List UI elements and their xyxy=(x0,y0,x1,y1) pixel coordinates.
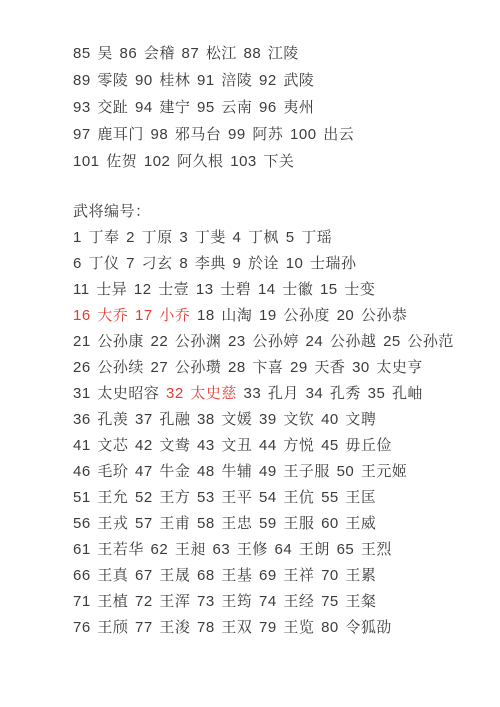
city-line: 85 吴 86 会稽 87 松江 88 江陵 xyxy=(73,40,460,67)
general-entries: 1 丁奉 2 丁原 3 丁斐 4 丁枫 5 丁瑶 xyxy=(73,229,332,246)
general-entries: 66 王真 67 王晟 68 王基 69 王祥 70 王累 xyxy=(73,567,376,584)
general-line: 31 太史昭容 32 太史慈 33 孔月 34 孔秀 35 孔岫 xyxy=(73,381,460,407)
general-entries: 51 王允 52 王方 53 王平 54 王伉 55 王匡 xyxy=(73,489,376,506)
general-entries-highlighted: 16 大乔 17 小乔 xyxy=(73,307,190,324)
general-line: 71 王植 72 王浑 73 王筠 74 王经 75 王粲 xyxy=(73,589,460,615)
general-line: 56 王戎 57 王甫 58 王忠 59 王服 60 王威 xyxy=(73,511,460,537)
general-entries: 41 文芯 42 文鸯 43 文丑 44 方悦 45 毋丘俭 xyxy=(73,437,392,454)
general-entries: 26 公孙续 27 公孙瓒 28 卞喜 29 天香 30 太史亨 xyxy=(73,359,423,376)
general-entries: 76 王颀 77 王浚 78 王双 79 王览 80 令狐劭 xyxy=(73,619,392,636)
city-entries: 93 交趾 94 建宁 95 云南 96 夷州 xyxy=(73,99,314,116)
city-list-section: 85 吴 86 会稽 87 松江 88 江陵 89 零陵 90 桂林 91 涪陵… xyxy=(73,40,460,175)
general-line: 76 王颀 77 王浚 78 王双 79 王览 80 令狐劭 xyxy=(73,615,460,641)
general-line: 1 丁奉 2 丁原 3 丁斐 4 丁枫 5 丁瑶 xyxy=(73,225,460,251)
general-entries: 11 士异 12 士壹 13 士碧 14 士徽 15 士变 xyxy=(73,281,375,298)
general-line: 6 丁仪 7 刁玄 8 李典 9 於诠 10 士瑞孙 xyxy=(73,251,460,277)
general-line: 41 文芯 42 文鸯 43 文丑 44 方悦 45 毋丘俭 xyxy=(73,433,460,459)
general-entries: 18 山淘 19 公孙度 20 公孙恭 xyxy=(190,307,407,324)
general-line: 21 公孙康 22 公孙渊 23 公孙婷 24 公孙越 25 公孙范 xyxy=(73,329,460,355)
city-entries: 85 吴 86 会稽 87 松江 88 江陵 xyxy=(73,45,299,62)
general-entries: 33 孔月 34 孔秀 35 孔岫 xyxy=(237,385,423,402)
general-line: 36 孔羡 37 孔融 38 文媛 39 文钦 40 文聘 xyxy=(73,407,460,433)
general-list-section: 1 丁奉 2 丁原 3 丁斐 4 丁枫 5 丁瑶 6 丁仪 7 刁玄 8 李典 … xyxy=(73,225,460,641)
city-entries: 97 鹿耳门 98 邪马台 99 阿苏 100 出云 xyxy=(73,126,354,143)
general-line: 66 王真 67 王晟 68 王基 69 王祥 70 王累 xyxy=(73,563,460,589)
city-line: 89 零陵 90 桂林 91 涪陵 92 武陵 xyxy=(73,67,460,94)
general-entries: 61 王若华 62 王昶 63 王修 64 王朗 65 王烈 xyxy=(73,541,392,558)
general-entries: 6 丁仪 7 刁玄 8 李典 9 於诠 10 士瑞孙 xyxy=(73,255,357,272)
general-line: 51 王允 52 王方 53 王平 54 王伉 55 王匡 xyxy=(73,485,460,511)
general-entries-highlighted: 32 太史慈 xyxy=(166,385,237,402)
general-entries: 46 毛玠 47 牛金 48 牛辅 49 王子服 50 王元姬 xyxy=(73,463,407,480)
general-entries: 31 太史昭容 xyxy=(73,385,166,402)
document-page: 85 吴 86 会稽 87 松江 88 江陵 89 零陵 90 桂林 91 涪陵… xyxy=(0,0,500,707)
generals-heading: 武将编号： xyxy=(73,198,460,225)
general-entries: 21 公孙康 22 公孙渊 23 公孙婷 24 公孙越 25 公孙范 xyxy=(73,333,454,350)
general-entries: 71 王植 72 王浑 73 王筠 74 王经 75 王粲 xyxy=(73,593,376,610)
general-line: 16 大乔 17 小乔 18 山淘 19 公孙度 20 公孙恭 xyxy=(73,303,460,329)
general-entries: 36 孔羡 37 孔融 38 文媛 39 文钦 40 文聘 xyxy=(73,411,376,428)
general-line: 11 士异 12 士壹 13 士碧 14 士徽 15 士变 xyxy=(73,277,460,303)
general-line: 61 王若华 62 王昶 63 王修 64 王朗 65 王烈 xyxy=(73,537,460,563)
general-line: 46 毛玠 47 牛金 48 牛辅 49 王子服 50 王元姬 xyxy=(73,459,460,485)
city-line: 93 交趾 94 建宁 95 云南 96 夷州 xyxy=(73,94,460,121)
city-line: 97 鹿耳门 98 邪马台 99 阿苏 100 出云 xyxy=(73,121,460,148)
city-line: 101 佐贺 102 阿久根 103 下关 xyxy=(73,148,460,175)
city-entries: 89 零陵 90 桂林 91 涪陵 92 武陵 xyxy=(73,72,314,89)
city-entries: 101 佐贺 102 阿久根 103 下关 xyxy=(73,153,294,170)
general-entries: 56 王戎 57 王甫 58 王忠 59 王服 60 王威 xyxy=(73,515,376,532)
general-line: 26 公孙续 27 公孙瓒 28 卞喜 29 天香 30 太史亨 xyxy=(73,355,460,381)
